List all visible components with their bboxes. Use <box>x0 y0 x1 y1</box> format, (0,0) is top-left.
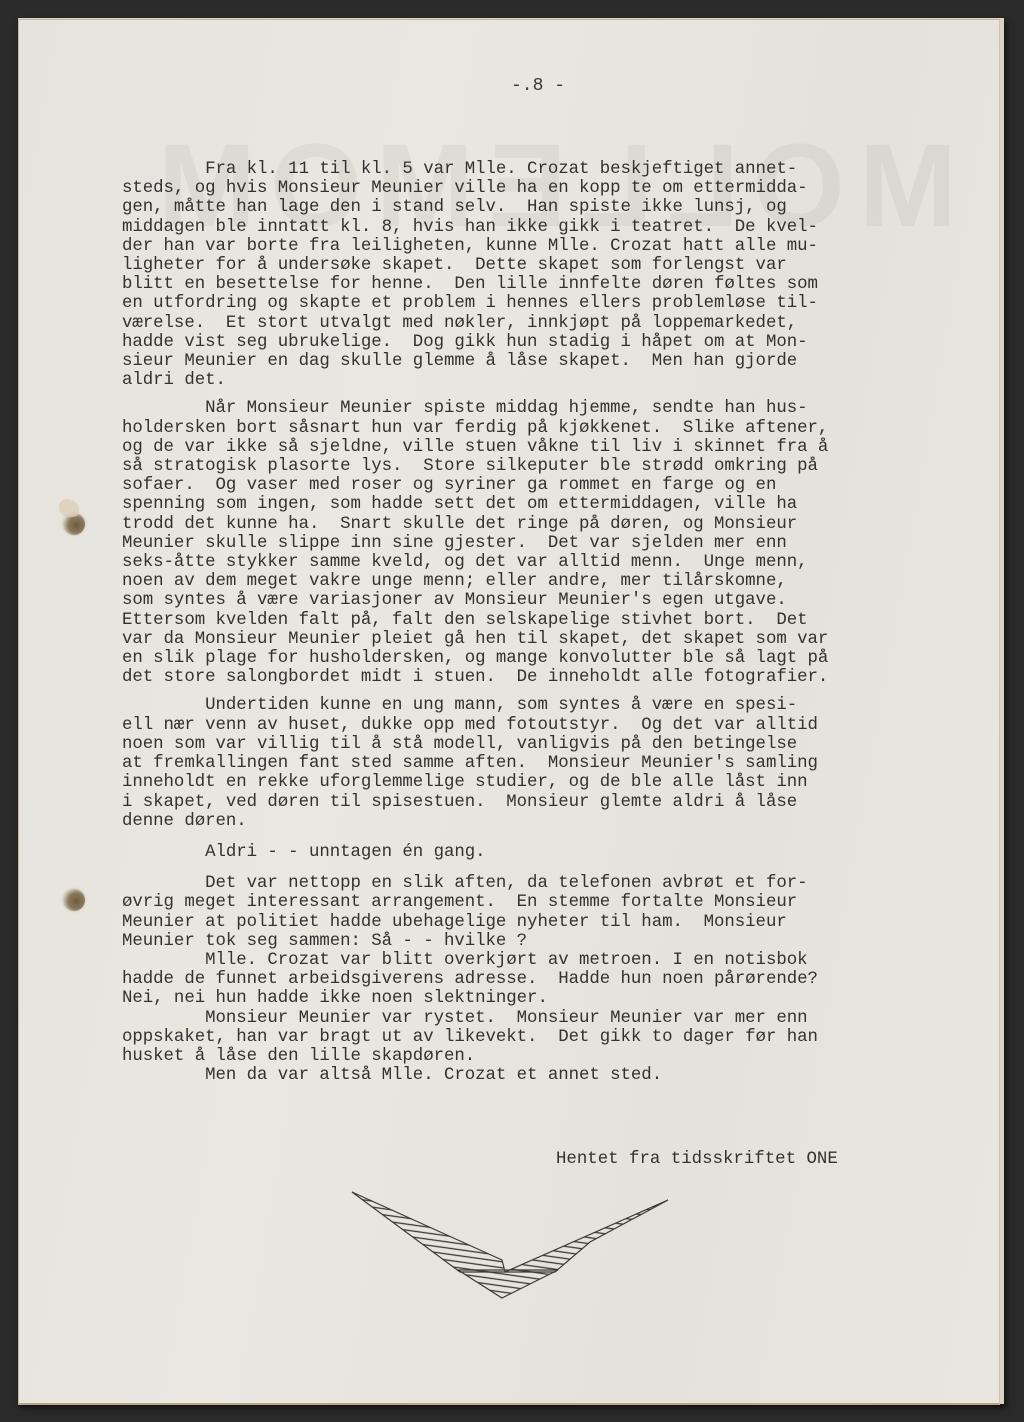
text-line: noen av dem meget vakre unge menn; eller… <box>122 572 952 591</box>
punch-hole-bottom <box>63 889 85 911</box>
text-line: trodd det kunne ha. Snart skulle det rin… <box>122 515 952 534</box>
text-line: i skapet, ved døren til spisestuen. Mons… <box>122 793 952 812</box>
text-line: Aldri - - unntagen én gang. <box>122 843 952 862</box>
text-line: seks-åtte stykker samme kveld, og det va… <box>122 553 952 572</box>
text-line: Men da var altså Mlle. Crozat et annet s… <box>122 1066 952 1085</box>
text-line: som syntes å være variasjoner av Monsieu… <box>122 591 952 610</box>
text-line: en utfordring og skapte et problem i hen… <box>122 294 952 313</box>
text-line: Fra kl. 11 til kl. 5 var Mlle. Crozat be… <box>122 160 952 179</box>
paragraph-gap <box>122 862 952 874</box>
paragraph-4: Aldri - - unntagen én gang. <box>122 843 952 862</box>
paragraph-gap <box>122 390 952 399</box>
body-text: Fra kl. 11 til kl. 5 var Mlle. Crozat be… <box>122 160 952 1085</box>
text-line: steds, og hvis Monsieur Meunier ville ha… <box>122 179 952 198</box>
paragraph-1: Fra kl. 11 til kl. 5 var Mlle. Crozat be… <box>122 160 952 390</box>
text-line: at fremkallingen fant sted samme aften. … <box>122 754 952 773</box>
text-line: oppskaket, han var bragt ut av likevekt.… <box>122 1028 952 1047</box>
paragraph-gap <box>122 687 952 696</box>
text-line: Meunier at politiet hadde ubehagelige ny… <box>122 913 952 932</box>
text-line: det store salongbordet midt i stuen. De … <box>122 668 952 687</box>
text-line: blitt en besettelse for henne. Den lille… <box>122 275 952 294</box>
text-line: der han var borte fra leiligheten, kunne… <box>122 237 952 256</box>
text-line: inneholdt en rekke uforglemmelige studie… <box>122 773 952 792</box>
text-line: Undertiden kunne en ung mann, som syntes… <box>122 696 952 715</box>
text-line: gen, måtte han lage den i stand selv. Ha… <box>122 198 952 217</box>
text-line: så stratogisk plasorte lys. Store silkep… <box>122 457 952 476</box>
paragraph-5: Det var nettopp en slik aften, da telefo… <box>122 874 952 1085</box>
text-line: noen som var villig til å stå modell, va… <box>122 735 952 754</box>
text-line: ell nær venn av huset, dukke opp med fot… <box>122 716 952 735</box>
text-line: hadde vist seg ubrukelige. Dog gikk hun … <box>122 333 952 352</box>
page-number: -.8 - <box>26 76 1024 96</box>
text-line: øvrig meget interessant arrangement. En … <box>122 893 952 912</box>
text-line: husket å låse den lille skapdøren. <box>122 1047 952 1066</box>
paragraph-3: Undertiden kunne en ung mann, som syntes… <box>122 696 952 830</box>
text-line: middagen ble inntatt kl. 8, hvis han ikk… <box>122 218 952 237</box>
text-line: og de var ikke så sjeldne, ville stuen v… <box>122 438 952 457</box>
text-line: Monsieur Meunier var rystet. Monsieur Me… <box>122 1009 952 1028</box>
text-line: en slik plage for husholdersken, og mang… <box>122 649 952 668</box>
text-line: hadde de funnet arbeidsgiverens adresse.… <box>122 970 952 989</box>
text-line: værelse. Et stort utvalgt med nøkler, in… <box>122 314 952 333</box>
text-line: ligheter for å undersøke skapet. Dette s… <box>122 256 952 275</box>
source-attribution: Hentet fra tidsskriftet ONE <box>556 1150 838 1169</box>
text-line: sieur Meunier en dag skulle glemme å lås… <box>122 352 952 371</box>
paragraph-2: Når Monsieur Meunier spiste middag hjemm… <box>122 399 952 687</box>
text-line: Meunier tok seg sammen: Så - - hvilke ? <box>122 932 952 951</box>
paragraph-gap <box>122 831 952 843</box>
text-line: Nei, nei hun hadde ikke noen slektninger… <box>122 989 952 1008</box>
text-line: Det var nettopp en slik aften, da telefo… <box>122 874 952 893</box>
text-line: sofaer. Og vaser med roser og syriner ga… <box>122 476 952 495</box>
punch-hole-top <box>63 513 85 535</box>
text-line: Mlle. Crozat var blitt overkjørt av metr… <box>122 951 952 970</box>
text-line: denne døren. <box>122 812 952 831</box>
text-line: Ettersom kvelden falt på, falt den selsk… <box>122 611 952 630</box>
text-line: spenning som ingen, som hadde sett det o… <box>122 495 952 514</box>
text-line: Når Monsieur Meunier spiste middag hjemm… <box>122 399 952 418</box>
text-line: var da Monsieur Meunier pleiet gå hen ti… <box>122 630 952 649</box>
text-line: aldri det. <box>122 371 952 390</box>
chevron-ornament-icon <box>330 1180 690 1310</box>
text-line: Meunier skulle slippe inn sine gjester. … <box>122 534 952 553</box>
text-line: holdersken bort såsnart hun var ferdig p… <box>122 419 952 438</box>
